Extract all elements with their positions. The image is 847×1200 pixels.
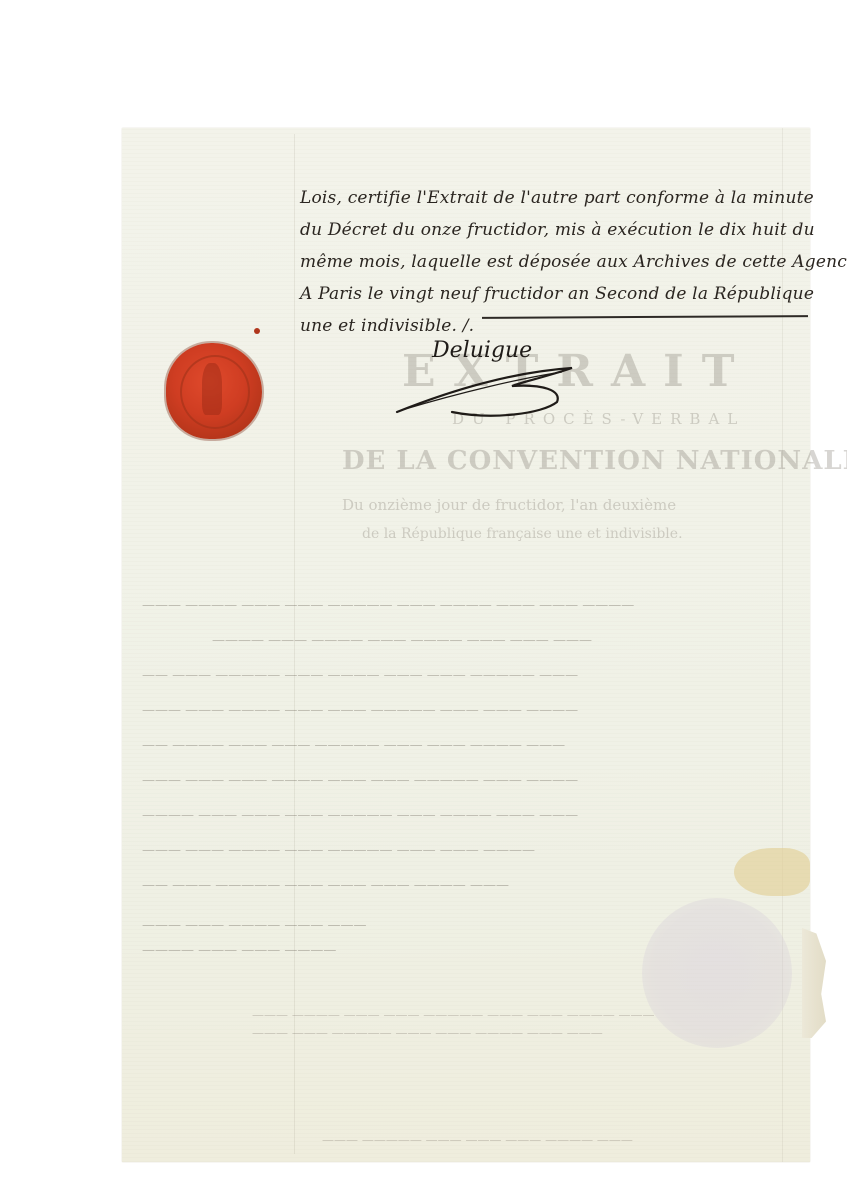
bleedthrough-handwriting: ———— ——— ——— ————— ——— ———— ——— ——— (142, 843, 535, 858)
signature-flourish-icon (392, 350, 592, 430)
document-page: EXTRAIT DU PROCÈS-VERBAL DE LA CONVENTIO… (122, 128, 810, 1162)
bleedthrough-handwriting: ——— ——— ——— ———— ——— ———— ——— ———— (212, 633, 592, 648)
bleedthrough-handwriting: ——— ————— ——— ——— ———— ——— ————— ——— —— (142, 668, 578, 683)
certification-line-3: même mois, laquelle est déposée aux Arch… (300, 252, 847, 272)
bleedthrough-footer: ——— ——— ———— ——— ——— ————— ——— ——— (252, 1026, 603, 1040)
bleedthrough-handwriting: ———— ——— ————— ——— ——— ———— ——— ——— ——— (142, 773, 578, 788)
embossed-stamp (642, 898, 792, 1048)
torn-edge (802, 928, 826, 1038)
bleedthrough-handwriting: ——— ———— ——— ——— ——— ————— ——— —— (142, 878, 509, 893)
ghost-republic-line: de la République française une et indivi… (362, 526, 683, 542)
wax-drop (254, 328, 260, 334)
certification-line-1: Lois, certifie l'Extrait de l'autre part… (300, 188, 814, 208)
bleedthrough-footer: ——— ———— ——— ——— ————— ——— ——— ———— ——— (252, 1008, 655, 1022)
bleedthrough-footer: ——— ———— ——— ——— ——— ————— ——— (322, 1133, 633, 1147)
seal-figure-icon (202, 363, 222, 415)
signature-rule (482, 315, 808, 318)
bleedthrough-handwriting: ———— ——— ——— ———— ——— ————— ——— ——— ————… (142, 598, 634, 613)
paper-stain (734, 848, 810, 896)
wax-seal (166, 343, 262, 439)
ghost-date-line: Du onzième jour de fructidor, l'an deuxi… (342, 496, 676, 514)
bleedthrough-handwriting: ——— ——— ———— ——— ——— (142, 918, 367, 933)
bleedthrough-handwriting: ———— ——— ——— ———— (142, 943, 336, 958)
ghost-assembly: DE LA CONVENTION NATIONALE, (342, 446, 847, 476)
bleedthrough-handwriting: ——— ——— ———— ——— ————— ——— ——— ——— ———— (142, 808, 578, 823)
certification-line-5: une et indivisible. /. (300, 316, 474, 336)
bleedthrough-handwriting: ———— ——— ——— ————— ——— ——— ———— ——— ——— (142, 703, 578, 718)
certification-line-4: A Paris le vingt neuf fructidor an Secon… (300, 284, 814, 304)
certification-line-2: du Décret du onze fructidor, mis à exécu… (300, 220, 815, 240)
bleedthrough-handwriting: ——— ———— ——— ——— ————— ——— ——— ———— —— (142, 738, 565, 753)
